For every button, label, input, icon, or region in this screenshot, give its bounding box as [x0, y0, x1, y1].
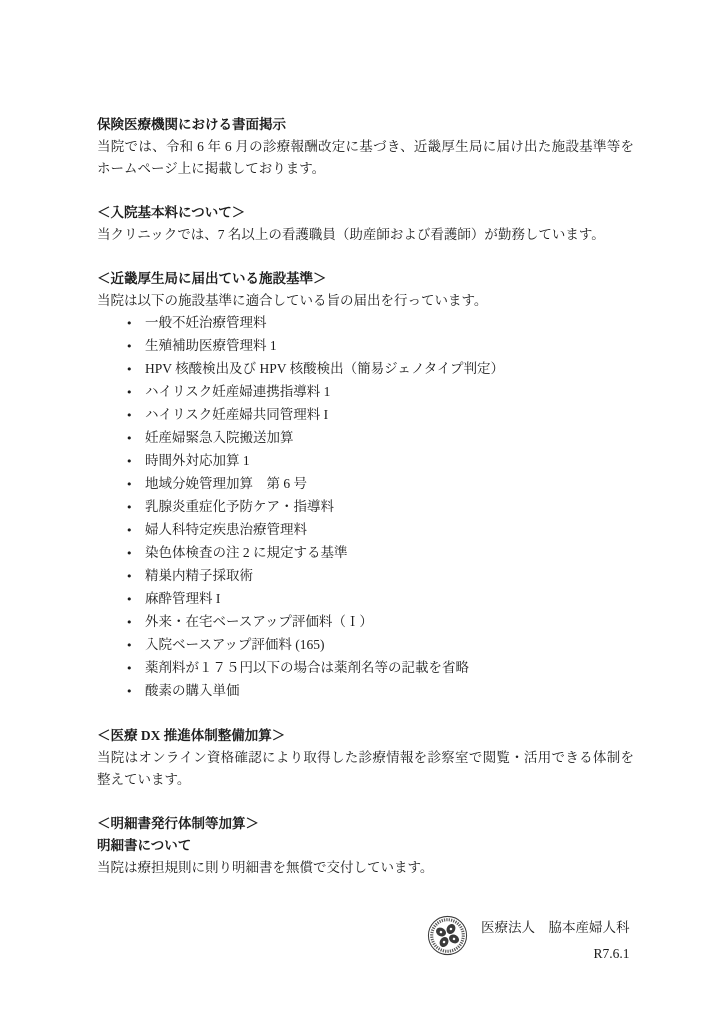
- list-item-text: 乳腺炎重症化予防ケア・指導料: [145, 496, 634, 518]
- facility-standards-list: •一般不妊治療管理料 •生殖補助医療管理料 1 •HPV 核酸検出及び HPV …: [97, 312, 634, 703]
- list-item: •染色体検査の注 2 に規定する基準: [97, 542, 634, 565]
- bullet-icon: •: [126, 497, 145, 519]
- bullet-icon: •: [126, 520, 145, 542]
- bullet-icon: •: [126, 681, 145, 703]
- list-item: •時間外対応加算 1: [97, 450, 634, 473]
- list-item-text: 外来・在宅ベースアップ評価料（Ｉ）: [145, 611, 634, 633]
- document-content: 保険医療機関における書面掲示 当院では、令和 6 年 6 月の診療報酬改定に基づ…: [97, 114, 634, 879]
- list-item: •婦人科特定疾患治療管理料: [97, 519, 634, 542]
- list-item-text: 麻酔管理料 I: [145, 588, 634, 610]
- bullet-icon: •: [126, 543, 145, 565]
- list-item-text: ハイリスク妊産婦連携指導料 1: [145, 381, 634, 403]
- section-inpatient: ＜入院基本料について＞ 当クリニックでは、7 名以上の看護職員（助産師および看護…: [97, 202, 634, 246]
- list-item-text: 入院ベースアップ評価料 (165): [145, 634, 634, 656]
- list-item: •妊産婦緊急入院搬送加算: [97, 427, 634, 450]
- list-item-text: HPV 核酸検出及び HPV 核酸検出（簡易ジェノタイプ判定）: [145, 358, 634, 380]
- list-item: •ハイリスク妊産婦共同管理料 I: [97, 404, 634, 427]
- list-item-text: ハイリスク妊産婦共同管理料 I: [145, 404, 634, 426]
- bullet-icon: •: [126, 382, 145, 404]
- dx-heading: ＜医療 DX 推進体制整備加算＞: [97, 725, 634, 747]
- list-item: •地域分娩管理加算 第 6 号: [97, 473, 634, 496]
- bullet-icon: •: [126, 405, 145, 427]
- section-facility-standards: ＜近畿厚生局に届出ている施設基準＞ 当院は以下の施設基準に適合している旨の届出を…: [97, 268, 634, 703]
- list-item: •HPV 核酸検出及び HPV 核酸検出（簡易ジェノタイプ判定）: [97, 358, 634, 381]
- list-item: •薬剤料が１７５円以下の場合は薬剤名等の記載を省略: [97, 657, 634, 680]
- list-item-text: 婦人科特定疾患治療管理料: [145, 519, 634, 541]
- bullet-icon: •: [126, 428, 145, 450]
- list-item: •精巣内精子採取術: [97, 565, 634, 588]
- list-item: •生殖補助医療管理料 1: [97, 335, 634, 358]
- list-item: •外来・在宅ベースアップ評価料（Ｉ）: [97, 611, 634, 634]
- bullet-icon: •: [126, 612, 145, 634]
- list-item: •乳腺炎重症化予防ケア・指導料: [97, 496, 634, 519]
- bullet-icon: •: [126, 451, 145, 473]
- list-item-text: 酸素の購入単価: [145, 680, 634, 702]
- list-item-text: 時間外対応加算 1: [145, 450, 634, 472]
- bullet-icon: •: [126, 658, 145, 680]
- meisai-subheading: 明細書について: [97, 835, 634, 857]
- list-item-text: 一般不妊治療管理料: [145, 312, 634, 334]
- inpatient-heading: ＜入院基本料について＞: [97, 202, 634, 224]
- list-item-text: 精巣内精子採取術: [145, 565, 634, 587]
- list-item: •入院ベースアップ評価料 (165): [97, 634, 634, 657]
- dx-body: 当院はオンライン資格確認により取得した診療情報を診察室で閲覧・活用できる体制を整…: [97, 747, 634, 791]
- bullet-icon: •: [126, 589, 145, 611]
- clinic-seal-icon: [427, 915, 468, 956]
- inpatient-body: 当クリニックでは、7 名以上の看護職員（助産師および看護師）が勤務しています。: [97, 224, 634, 246]
- list-item: •麻酔管理料 I: [97, 588, 634, 611]
- bullet-icon: •: [126, 313, 145, 335]
- document-page: 保険医療機関における書面掲示 当院では、令和 6 年 6 月の診療報酬改定に基づ…: [0, 0, 724, 1024]
- bullet-icon: •: [126, 336, 145, 358]
- bullet-icon: •: [126, 635, 145, 657]
- list-item-text: 薬剤料が１７５円以下の場合は薬剤名等の記載を省略: [145, 657, 634, 679]
- bullet-icon: •: [126, 566, 145, 588]
- list-item: •酸素の購入単価: [97, 680, 634, 703]
- list-item-text: 妊産婦緊急入院搬送加算: [145, 427, 634, 449]
- organization-name: 医療法人 脇本産婦人科: [481, 915, 630, 941]
- list-item: •ハイリスク妊産婦連携指導料 1: [97, 381, 634, 404]
- list-item-text: 地域分娩管理加算 第 6 号: [145, 473, 634, 495]
- document-date: R7.6.1: [481, 941, 630, 967]
- document-title: 保険医療機関における書面掲示: [97, 114, 634, 136]
- facilities-heading: ＜近畿厚生局に届出ている施設基準＞: [97, 268, 634, 290]
- list-item: •一般不妊治療管理料: [97, 312, 634, 335]
- list-item-text: 生殖補助医療管理料 1: [145, 335, 634, 357]
- section-itemized-statement: ＜明細書発行体制等加算＞ 明細書について 当院は療担規則に則り明細書を無償で交付…: [97, 813, 634, 879]
- bullet-icon: •: [126, 359, 145, 381]
- section-medical-dx: ＜医療 DX 推進体制整備加算＞ 当院はオンライン資格確認により取得した診療情報…: [97, 725, 634, 791]
- meisai-heading: ＜明細書発行体制等加算＞: [97, 813, 634, 835]
- facilities-body: 当院は以下の施設基準に適合している旨の届出を行っています。: [97, 290, 634, 312]
- meisai-body: 当院は療担規則に則り明細書を無償で交付しています。: [97, 857, 634, 879]
- footer: 医療法人 脇本産婦人科 R7.6.1: [427, 915, 630, 967]
- bullet-icon: •: [126, 474, 145, 496]
- footer-lines: 医療法人 脇本産婦人科 R7.6.1: [481, 915, 630, 967]
- intro-paragraph: 当院では、令和 6 年 6 月の診療報酬改定に基づき、近畿厚生局に届け出た施設基…: [97, 136, 634, 180]
- list-item-text: 染色体検査の注 2 に規定する基準: [145, 542, 634, 564]
